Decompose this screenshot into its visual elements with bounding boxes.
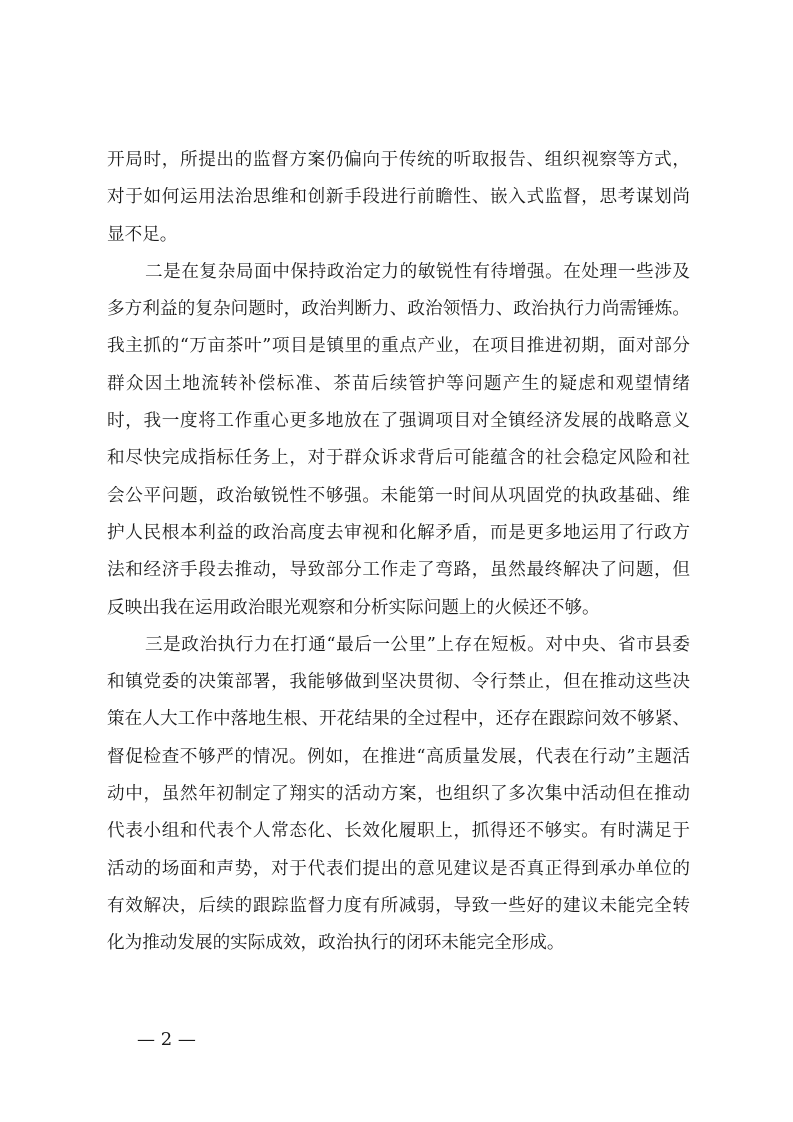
- text-line: 和尽快完成指标任务上，对于群众诉求背后可能蕴含的社会稳定风险和社: [107, 440, 690, 477]
- text-line: 和镇党委的决策部署，我能够做到坚决贯彻、令行禁止，但在推动这些决: [107, 664, 690, 701]
- text-line: 时，我一度将工作重心更多地放在了强调项目对全镇经济发展的战略意义: [107, 403, 690, 440]
- text-line: 会公平问题，政治敏锐性不够强。未能第一时间从巩固党的执政基础、维: [107, 478, 690, 515]
- text-line: 督促检查不够严的情况。例如，在推进“高质量发展，代表在行动”主题活: [107, 739, 690, 776]
- document-page: 开局时，所提出的监督方案仍偏向于传统的听取报告、组织视察等方式， 对于如何运用法…: [0, 0, 793, 1122]
- text-line: 显不足。: [107, 217, 690, 254]
- text-line: 策在人大工作中落地生根、开花结果的全过程中，还存在跟踪问效不够紧、: [107, 701, 690, 738]
- text-line: 反映出我在运用政治眼光观察和分析实际问题上的火候还不够。: [107, 590, 690, 627]
- text-line: 对于如何运用法治思维和创新手段进行前瞻性、嵌入式监督，思考谋划尚: [107, 179, 690, 216]
- text-line: 活动的场面和声势，对于代表们提出的意见建议是否真正得到承办单位的: [107, 851, 690, 888]
- text-line: 化为推动发展的实际成效，政治执行的闭环未能完全形成。: [107, 925, 690, 962]
- text-line: 三是政治执行力在打通“最后一公里”上存在短板。对中央、省市县委: [107, 627, 690, 664]
- text-line: 有效解决，后续的跟踪监督力度有所减弱，导致一些好的建议未能完全转: [107, 888, 690, 925]
- text-line: 代表小组和代表个人常态化、长效化履职上，抓得还不够实。有时满足于: [107, 813, 690, 850]
- document-body: 开局时，所提出的监督方案仍偏向于传统的听取报告、组织视察等方式， 对于如何运用法…: [107, 142, 690, 963]
- paragraph: 开局时，所提出的监督方案仍偏向于传统的听取报告、组织视察等方式， 对于如何运用法…: [107, 142, 690, 254]
- text-line: 动中，虽然年初制定了翔实的活动方案，也组织了多次集中活动但在推动: [107, 776, 690, 813]
- text-line: 多方利益的复杂问题时，政治判断力、政治领悟力、政治执行力尚需锤炼。: [107, 291, 690, 328]
- text-line: 法和经济手段去推动，导致部分工作走了弯路，虽然最终解决了问题，但: [107, 552, 690, 589]
- text-line: 二是在复杂局面中保持政治定力的敏锐性有待增强。在处理一些涉及: [107, 254, 690, 291]
- paragraph: 二是在复杂局面中保持政治定力的敏锐性有待增强。在处理一些涉及 多方利益的复杂问题…: [107, 254, 690, 627]
- paragraph: 三是政治执行力在打通“最后一公里”上存在短板。对中央、省市县委 和镇党委的决策部…: [107, 627, 690, 963]
- text-line: 开局时，所提出的监督方案仍偏向于传统的听取报告、组织视察等方式，: [107, 142, 690, 179]
- text-line: 群众因土地流转补偿标准、茶苗后续管护等问题产生的疑虑和观望情绪: [107, 366, 690, 403]
- text-line: 我主抓的“万亩茶叶”项目是镇里的重点产业，在项目推进初期，面对部分: [107, 328, 690, 365]
- text-line: 护人民根本利益的政治高度去审视和化解矛盾，而是更多地运用了行政方: [107, 515, 690, 552]
- page-number: — 2 —: [137, 1029, 196, 1051]
